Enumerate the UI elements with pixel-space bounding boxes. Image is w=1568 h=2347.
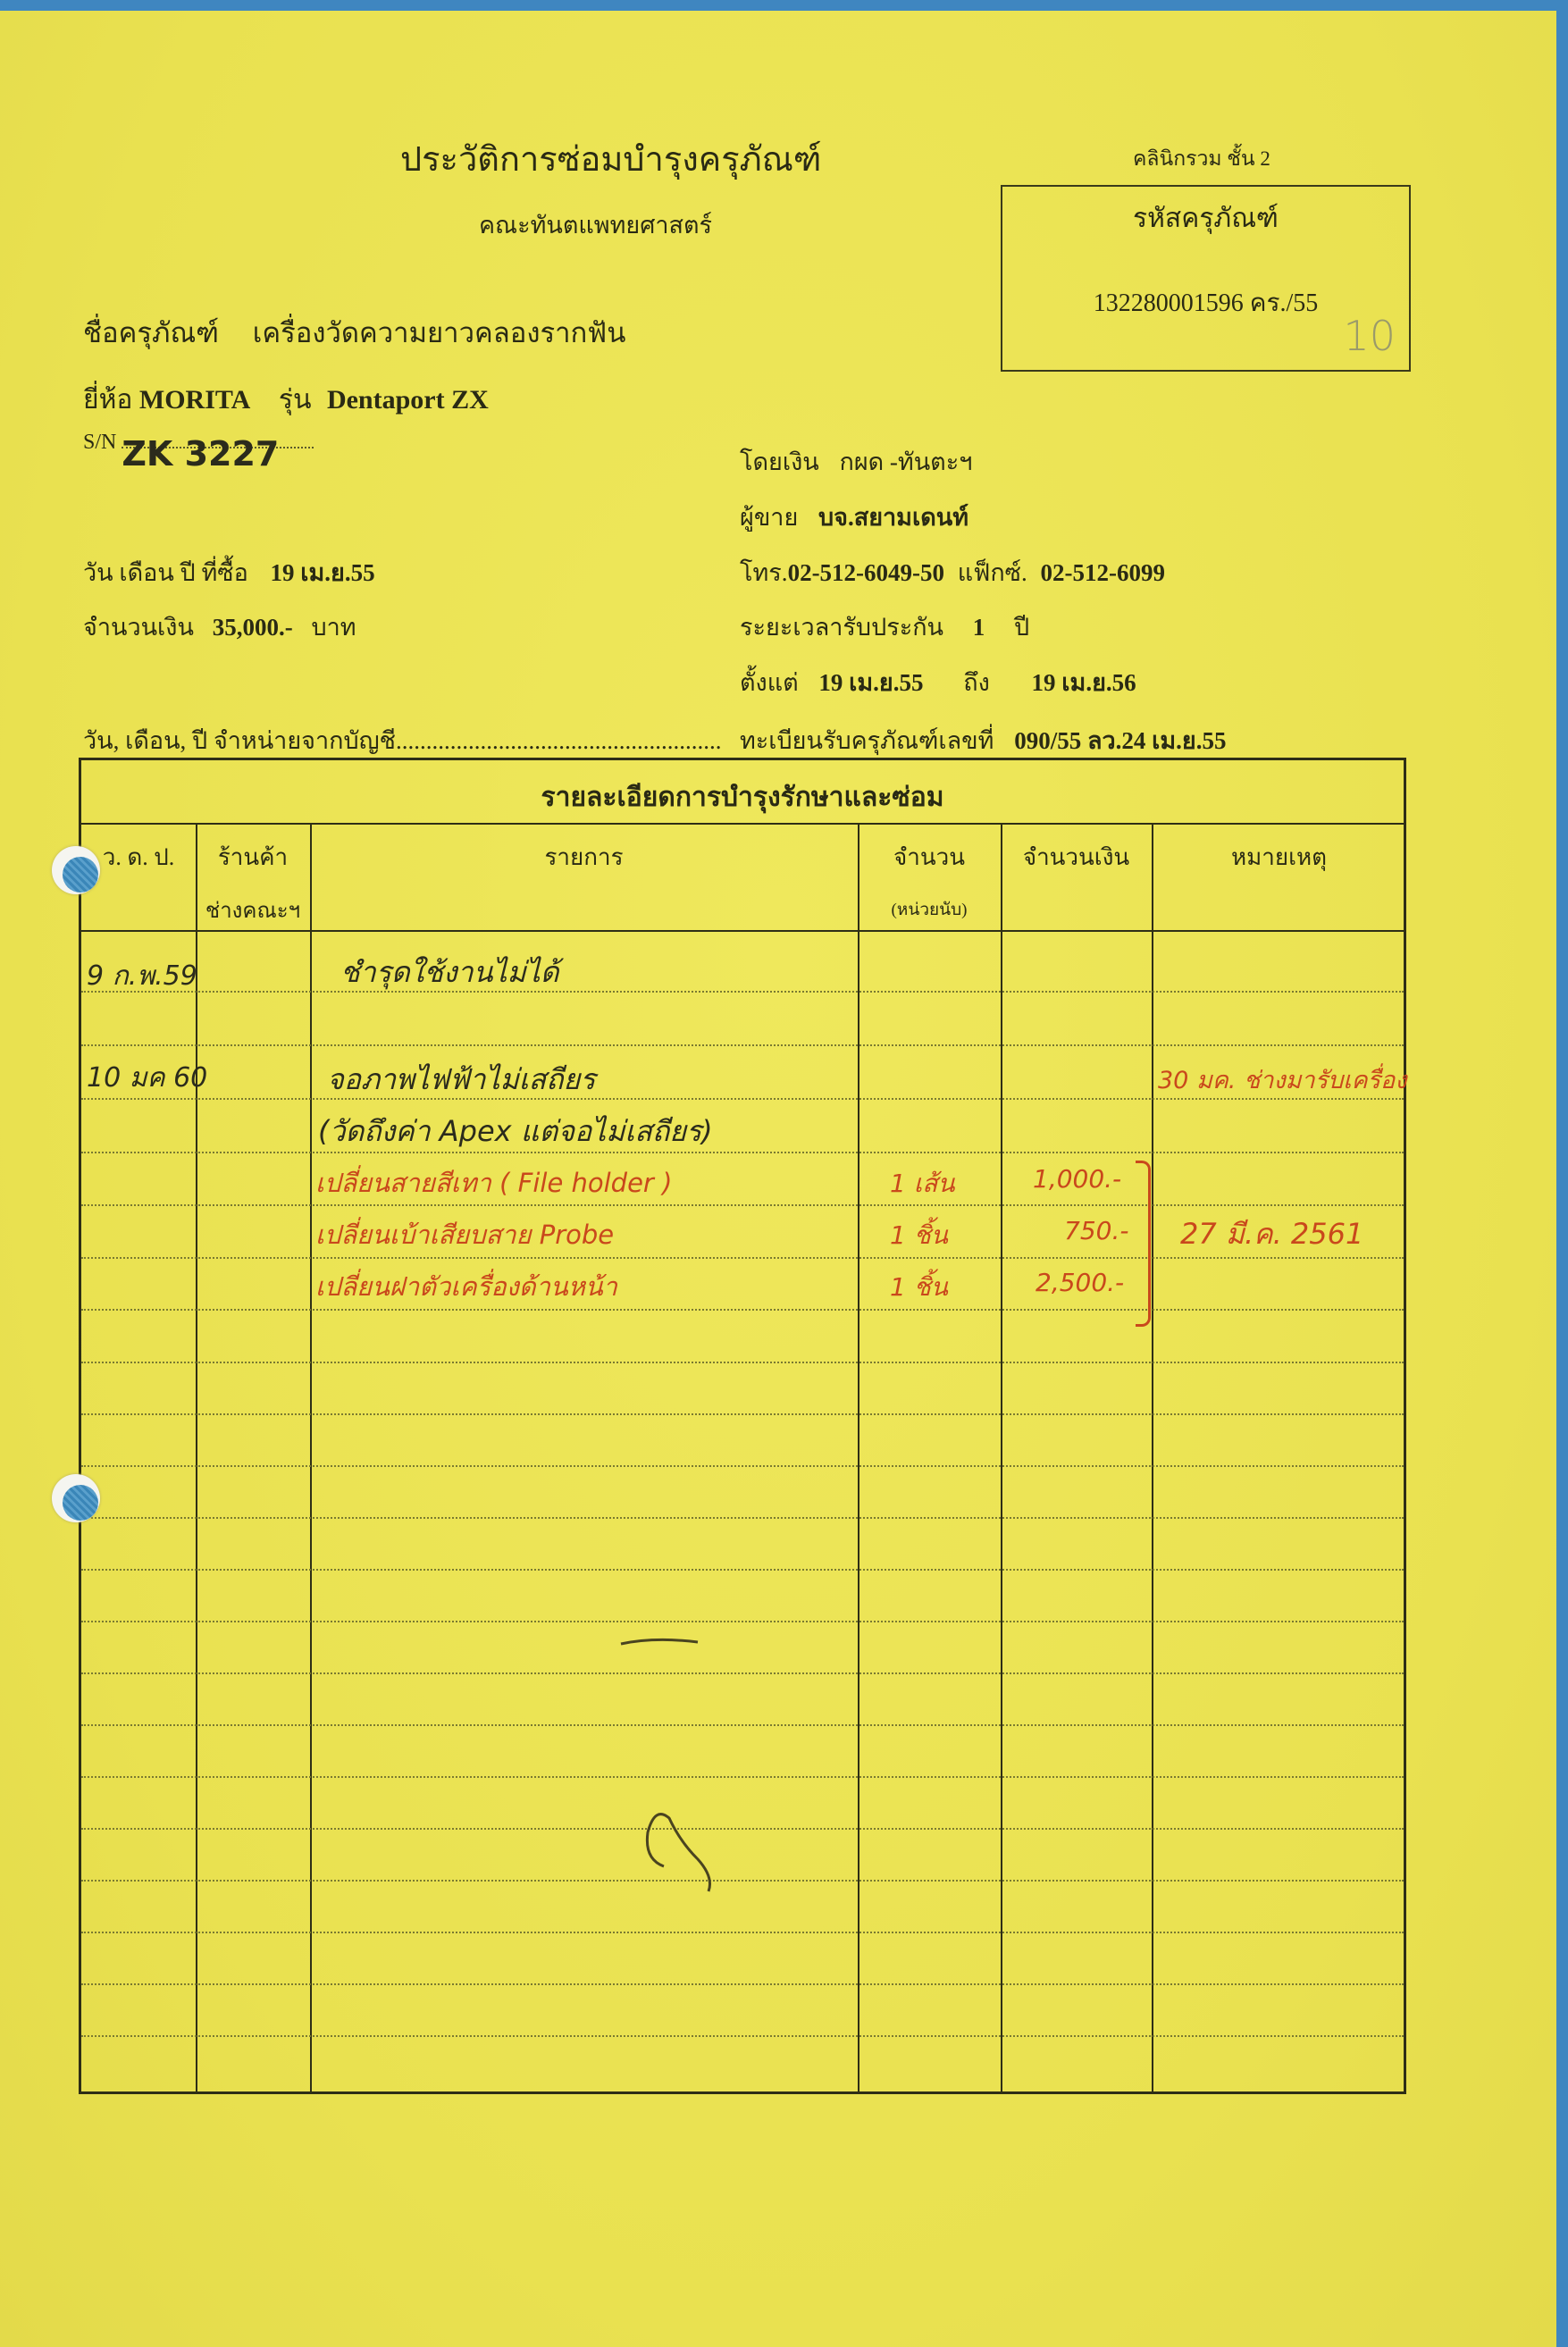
entry-5-amount: 2,500.-	[1036, 1268, 1124, 1297]
group-bracket	[1136, 1161, 1151, 1327]
warranty-row: ระยะเวลารับประกัน 1 ปี	[740, 608, 1029, 646]
location-label: คลินิกรวม ชั้น 2	[1133, 143, 1270, 175]
entry-2-item: จอภาพไฟฟ้าไม่เสถียร	[327, 1057, 595, 1102]
entry-4-amount: 750.-	[1064, 1216, 1128, 1245]
fund-label: โดยเงิน	[740, 448, 819, 475]
serial-label: S/N	[83, 431, 116, 454]
entry-3-item: เปลี่ยนสายสีเทา ( File holder )	[315, 1162, 672, 1203]
brand-label: ยี่ห้อ	[83, 385, 132, 415]
contact-row: โทร.02-512-6049-50 แฟ็กซ์. 02-512-6099	[740, 553, 1165, 591]
purchase-date-value: 19 เม.ย.55	[271, 559, 375, 586]
entry-2-note: 30 มค. ช่างมารับเครื่อง	[1158, 1060, 1406, 1099]
equipment-code-box: รหัสครุภัณฑ์ 132280001596 คร./55 10	[1001, 185, 1411, 372]
warranty-unit: ปี	[1014, 614, 1029, 641]
col-header-note: หมายเหตุ	[1152, 839, 1406, 876]
phone-value: 02-512-6049-50	[788, 559, 944, 586]
entry-3-amount: 1,000.-	[1033, 1164, 1121, 1194]
fund-row: โดยเงิน กผด -ทันตะฯ	[740, 442, 972, 481]
hole-punch-bottom	[52, 1474, 100, 1522]
document-page: ประวัติการซ่อมบำรุงครุภัณฑ์ คณะทันตแพทยศ…	[0, 11, 1556, 2347]
purchase-date-label: วัน เดือน ปี ที่ซื้อ	[83, 559, 248, 586]
col-header-shop-sub: ช่างคณะฯ	[196, 893, 310, 927]
from-value: 19 เม.ย.55	[818, 669, 923, 696]
serial-row: S/N ZK 3227	[83, 431, 314, 455]
entry-1-item: ชำรุดใช้งานไม่ได้	[340, 950, 559, 995]
equipment-name-row: ชื่อครุภัณฑ์ เครื่องวัดความยาวคลองรากฟัน	[83, 310, 625, 355]
col-header-qty: จำนวน	[858, 839, 1001, 876]
register-value: 090/55 ลว.24 เม.ย.55	[1014, 727, 1226, 754]
stray-mark-curve	[644, 1806, 725, 1895]
entry-2-item-detail: (วัดถึงค่า Apex แต่จอไม่เสถียร)	[318, 1109, 713, 1154]
model-label: รุ่น	[279, 385, 312, 415]
fax-value: 02-512-6099	[1041, 559, 1165, 586]
page-title: ประวัติการซ่อมบำรุงครุภัณฑ์	[400, 131, 821, 186]
phone-label: โทร.	[740, 559, 788, 586]
warranty-period-row: ตั้งแต่ 19 เม.ย.55 ถึง 19 เม.ย.56	[740, 663, 1136, 701]
fund-value: กผด -ทันตะฯ	[839, 448, 972, 475]
to-value: 19 เม.ย.56	[1032, 669, 1136, 696]
code-label: รหัสครุภัณฑ์	[1002, 197, 1409, 239]
serial-value: ZK 3227	[122, 434, 279, 474]
entry-2-date: 10 มค 60	[87, 1057, 207, 1099]
amount-row: จำนวนเงิน 35,000.- บาท	[83, 608, 356, 646]
amount-unit: บาท	[311, 614, 356, 641]
entry-4-note: 27 มี.ค. 2561	[1180, 1211, 1363, 1257]
fax-label: แฟ็กซ์.	[958, 559, 1027, 586]
disposal-dots: ........................................…	[396, 727, 722, 754]
purchase-date-row: วัน เดือน ปี ที่ซื้อ 19 เม.ย.55	[83, 553, 375, 591]
from-label: ตั้งแต่	[740, 669, 799, 696]
warranty-value: 1	[973, 614, 985, 641]
entry-1-date: 9 ก.พ.59	[87, 955, 197, 997]
maintenance-table: รายละเอียดการบำรุงรักษาและซ่อม ว. ด. ป. …	[79, 758, 1406, 2094]
seller-row: ผู้ขาย บจ.สยามเดนท์	[740, 498, 968, 536]
to-label: ถึง	[963, 669, 990, 696]
entry-4-item: เปลี่ยนเบ้าเสียบสาย Probe	[315, 1214, 614, 1255]
brand-value: MORITA	[139, 385, 250, 415]
equipment-name-label: ชื่อครุภัณฑ์	[83, 317, 219, 348]
register-label: ทะเบียนรับครุภัณฑ์เลขที่	[740, 727, 994, 754]
serial-field: ZK 3227	[122, 447, 314, 448]
hole-punch-top	[52, 846, 100, 894]
table-title: รายละเอียดการบำรุงรักษาและซ่อม	[81, 776, 1404, 818]
col-header-shop: ร้านค้า	[196, 839, 310, 876]
handwritten-page-number: 10	[1343, 312, 1396, 360]
seller-value: บจ.สยามเดนท์	[818, 504, 968, 531]
disposal-row: วัน, เดือน, ปี จำหน่ายจากบัญชี..........…	[83, 721, 721, 759]
brand-row: ยี่ห้อ MORITA รุ่น Dentaport ZX	[83, 379, 489, 421]
entry-5-item: เปลี่ยนฝาตัวเครื่องด้านหน้า	[315, 1266, 617, 1307]
warranty-label: ระยะเวลารับประกัน	[740, 614, 943, 641]
stray-mark-dash	[619, 1633, 709, 1651]
disposal-label: วัน, เดือน, ปี จำหน่ายจากบัญชี	[83, 727, 396, 754]
amount-value: 35,000.-	[213, 614, 293, 641]
faculty-name: คณะทันตแพทยศาสตร์	[479, 205, 712, 244]
col-header-item: รายการ	[310, 839, 858, 876]
entry-5-qty: 1 ชิ้น	[890, 1268, 948, 1307]
entry-3-qty: 1 เส้น	[890, 1164, 955, 1203]
col-header-amount: จำนวนเงิน	[1001, 839, 1152, 876]
seller-label: ผู้ขาย	[740, 504, 798, 531]
amount-label: จำนวนเงิน	[83, 614, 194, 641]
register-row: ทะเบียนรับครุภัณฑ์เลขที่ 090/55 ลว.24 เม…	[740, 721, 1227, 759]
col-header-qty-unit: (หน่วยนับ)	[858, 896, 1001, 923]
equipment-name-value: เครื่องวัดความยาวคลองรากฟัน	[253, 317, 626, 348]
entry-4-qty: 1 ชิ้น	[890, 1216, 948, 1255]
model-value: Dentaport ZX	[327, 385, 489, 415]
